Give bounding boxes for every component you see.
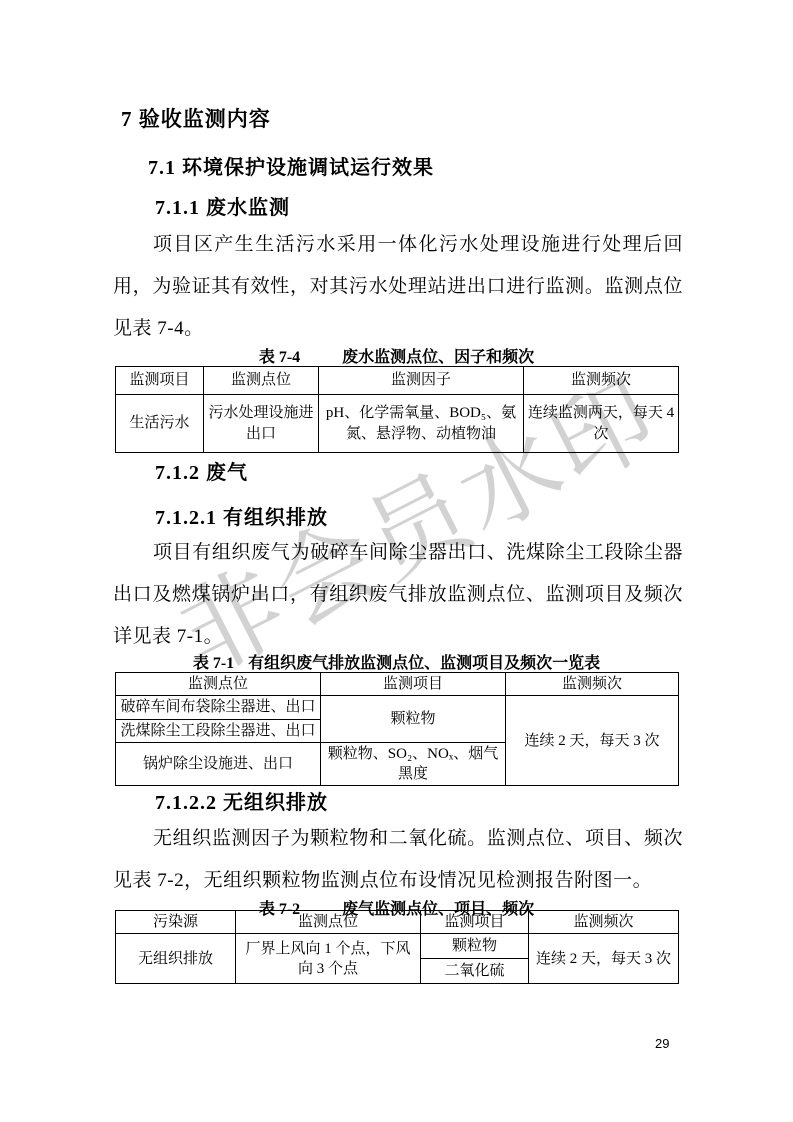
header-cell: 监测项目 (321, 673, 506, 696)
header-cell: 监测点位 (204, 367, 319, 395)
table-7-2: 污染源 监测点位 监测项目 监测频次 无组织排放 厂界上风向 1 个点，下风向 … (115, 910, 679, 984)
cell-monitor-item: 生活污水 (116, 395, 204, 453)
paragraph-unorganized-gas: 无组织监测因子为颗粒物和二氧化硫。监测点位、项目、频次见表 7-2，无组织颗粒物… (113, 818, 683, 902)
cell-monitor-point: 污水处理设施进出口 (204, 395, 319, 453)
section-title-7-1-2-2: 7.1.2.2 无组织排放 (155, 786, 328, 815)
table-7-1-header-row: 监测点位 监测项目 监测频次 (116, 673, 679, 696)
table-7-2-header-row: 污染源 监测点位 监测项目 监测频次 (116, 911, 679, 934)
table-7-4-caption-label: 表 7-4 (259, 349, 300, 366)
header-cell: 污染源 (116, 911, 236, 934)
table-7-4-header-row: 监测项目 监测点位 监测因子 监测频次 (116, 367, 679, 395)
header-cell: 监测点位 (236, 911, 421, 934)
section-title-7-1: 7.1 环境保护设施调试运行效果 (148, 151, 434, 180)
table-7-4-caption: 表 7-4废水监测点位、因子和频次 (115, 344, 678, 367)
cell-monitor-factors: pH、化学需氧量、BOD₅、氨氮、悬浮物、动植物油 (319, 395, 524, 453)
header-cell: 监测频次 (529, 911, 679, 934)
document-page: 非会员水印 7 验收监测内容 7.1 环境保护设施调试运行效果 7.1.1 废水… (0, 0, 793, 1122)
section-title-7-1-2: 7.1.2 废气 (155, 456, 248, 485)
cell-monitor-frequency: 连续 2 天，每天 3 次 (529, 934, 679, 984)
cell-monitor-frequency: 连续监测两天，每天 4 次 (524, 395, 679, 453)
header-cell: 监测频次 (506, 673, 679, 696)
header-cell: 监测点位 (116, 673, 321, 696)
table-row: 无组织排放 厂界上风向 1 个点，下风向 3 个点 颗粒物 连续 2 天，每天 … (116, 934, 679, 959)
cell-monitor-item: 颗粒物 (421, 934, 529, 959)
cell-monitor-item: 颗粒物、SO₂、NOₓ、烟气黑度 (321, 742, 506, 786)
cell-monitor-point: 洗煤除尘工段除尘器进、出口 (116, 719, 321, 742)
cell-monitor-item: 颗粒物 (321, 696, 506, 743)
table-row: 生活污水 污水处理设施进出口 pH、化学需氧量、BOD₅、氨氮、悬浮物、动植物油… (116, 395, 679, 453)
cell-monitor-item: 二氧化硫 (421, 959, 529, 984)
cell-monitor-frequency: 连续 2 天，每天 3 次 (506, 696, 679, 786)
section-title-7-1-2-1: 7.1.2.1 有组织排放 (155, 501, 328, 530)
cell-monitor-point: 破碎车间布袋除尘器进、出口 (116, 696, 321, 719)
header-cell: 监测项目 (421, 911, 529, 934)
paragraph-organized-gas: 项目有组织废气为破碎车间除尘器出口、洗煤除尘工段除尘器出口及燃煤锅炉出口，有组织… (113, 532, 683, 658)
page-number: 29 (655, 1036, 669, 1051)
paragraph-wastewater: 项目区产生生活污水采用一体化污水处理设施进行处理后回用，为验证其有效性，对其污水… (113, 224, 683, 350)
table-7-4: 监测项目 监测点位 监测因子 监测频次 生活污水 污水处理设施进出口 pH、化学… (115, 366, 679, 453)
table-7-1-caption-label: 表 7-1 (193, 655, 234, 672)
table-7-4-caption-title: 废水监测点位、因子和频次 (342, 349, 534, 366)
header-cell: 监测项目 (116, 367, 204, 395)
cell-pollution-source: 无组织排放 (116, 934, 236, 984)
chapter-title: 7 验收监测内容 (121, 103, 271, 133)
header-cell: 监测因子 (319, 367, 524, 395)
table-row: 破碎车间布袋除尘器进、出口 颗粒物 连续 2 天，每天 3 次 (116, 696, 679, 719)
header-cell: 监测频次 (524, 367, 679, 395)
table-7-1: 监测点位 监测项目 监测频次 破碎车间布袋除尘器进、出口 颗粒物 连续 2 天，… (115, 672, 679, 786)
section-title-7-1-1: 7.1.1 废水监测 (155, 191, 290, 220)
cell-monitor-point: 锅炉除尘设施进、出口 (116, 742, 321, 786)
table-7-1-caption-title: 有组织废气排放监测点位、监测项目及频次一览表 (248, 655, 600, 672)
table-7-1-caption: 表 7-1有组织废气排放监测点位、监测项目及频次一览表 (115, 650, 678, 673)
cell-monitor-point: 厂界上风向 1 个点，下风向 3 个点 (236, 934, 421, 984)
